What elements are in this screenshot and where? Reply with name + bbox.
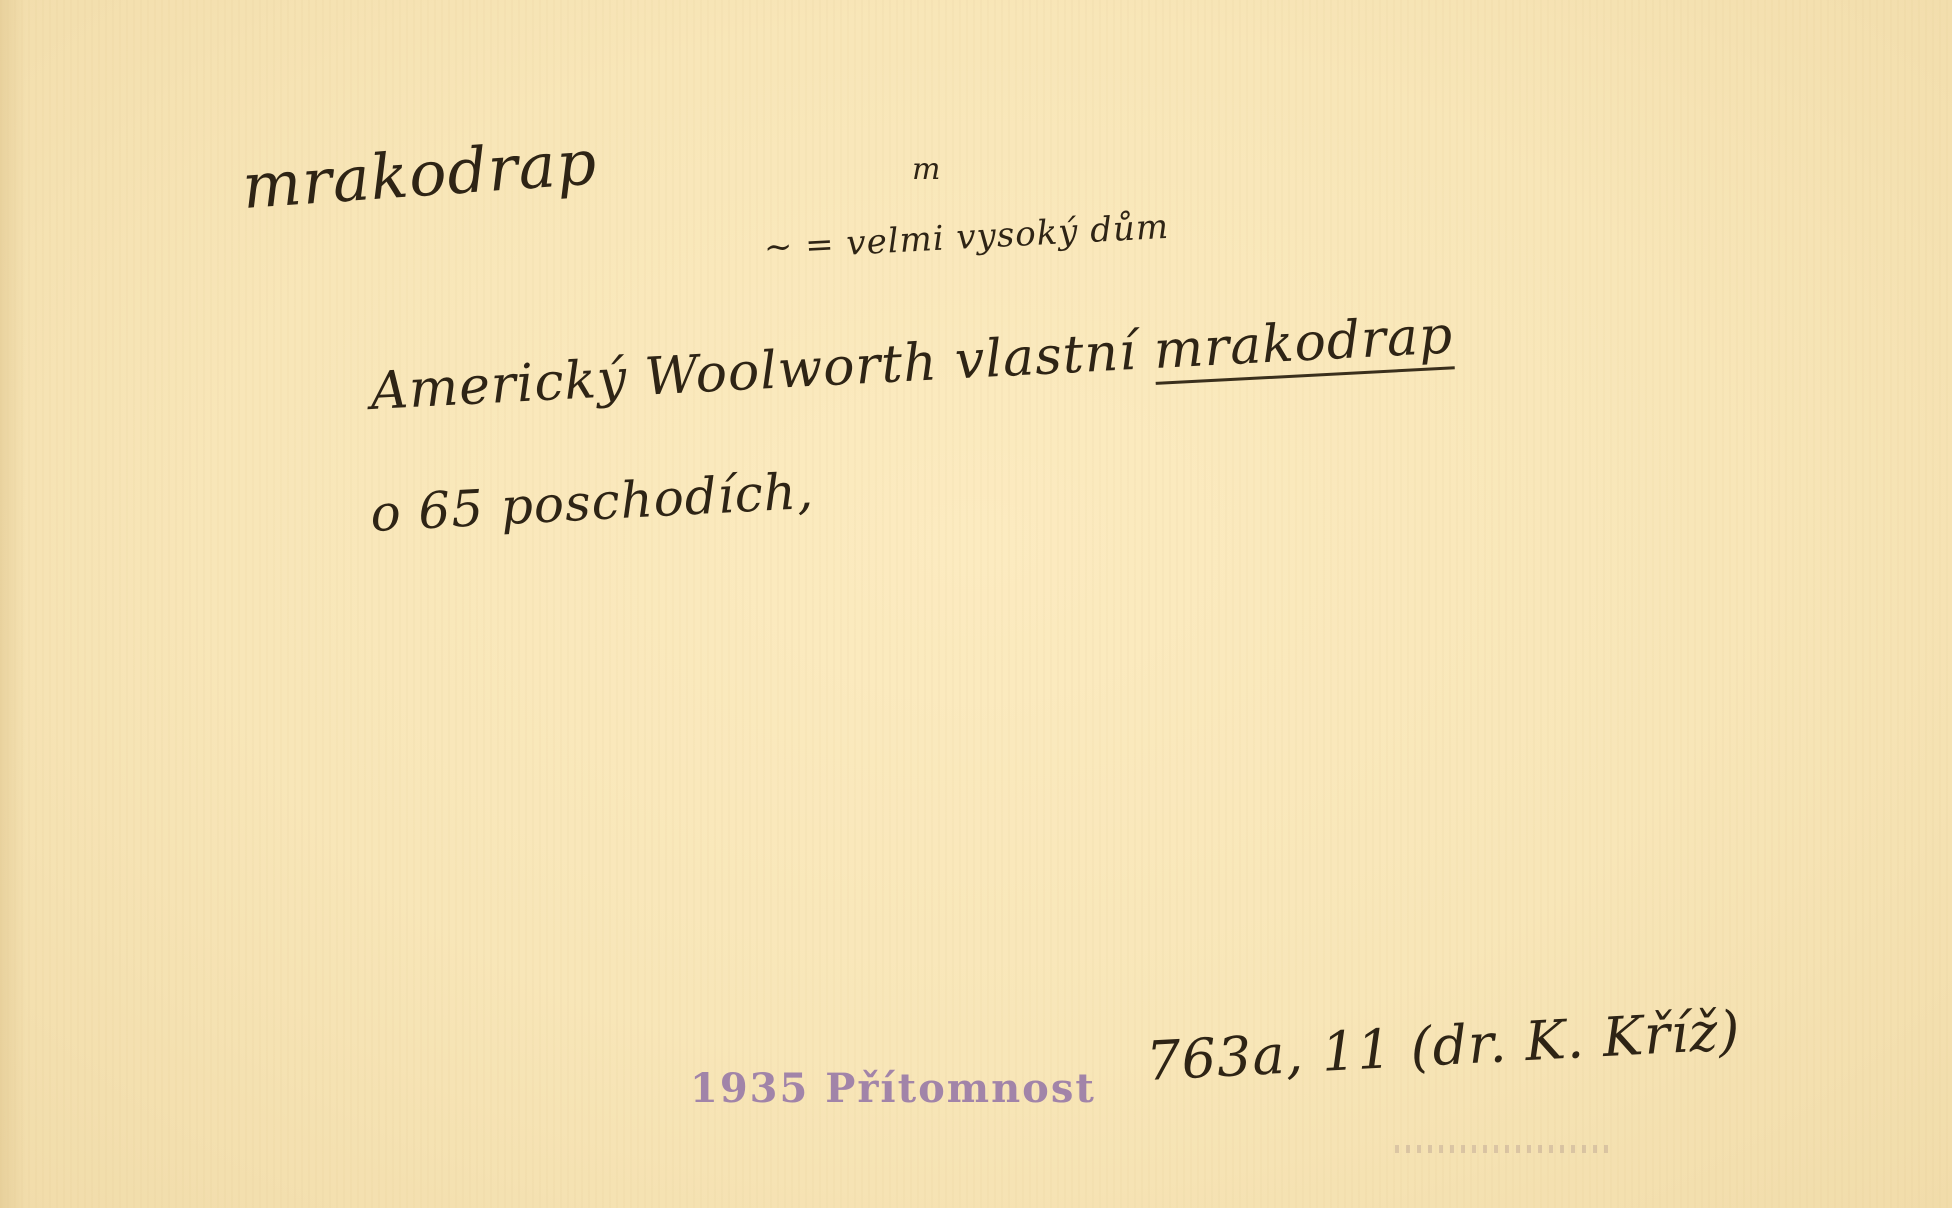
source-stamp: 1935 Přítomnost xyxy=(690,1065,1096,1112)
example-prefix: Americký Woolworth vlastní xyxy=(369,321,1156,422)
ink-smudge xyxy=(1395,1145,1615,1153)
example-line-1: Americký Woolworth vlastní mrakodrap xyxy=(369,305,1455,422)
example-line-2: o 65 poschodích, xyxy=(369,462,815,543)
citation: 763a, 11 (dr. K. Kříž) xyxy=(1145,999,1742,1093)
gender-note: m xyxy=(912,152,941,187)
headword: mrakodrap xyxy=(240,125,600,223)
definition: ~ = velmi vysoký dům xyxy=(763,207,1170,268)
example-keyword: mrakodrap xyxy=(1152,305,1454,381)
index-card: mrakodrap m ~ = velmi vysoký dům Americk… xyxy=(0,0,1952,1208)
